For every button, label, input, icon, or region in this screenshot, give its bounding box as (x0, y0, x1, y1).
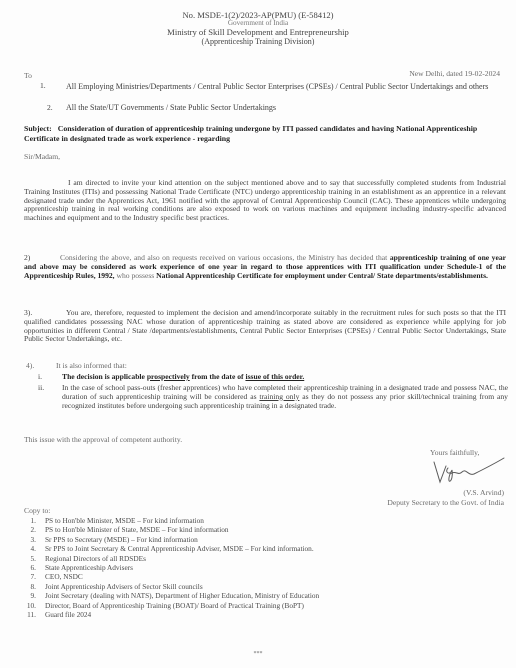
item-underlined: prospectively (147, 372, 190, 381)
copy-item: 3.Sr PPS to Secretary (MSDE) – For kind … (18, 535, 498, 544)
signatory-name: (V.S. Arvind) (463, 489, 504, 498)
paragraph-4-item-2: ii. In the case of school pass-outs (fre… (38, 384, 508, 410)
paragraph-2: 2)Considering the above, and also on req… (24, 254, 506, 280)
paragraph-3: 3).You are, therefore, requested to impl… (24, 309, 506, 344)
government-line: Government of India (0, 20, 516, 27)
signatory-designation: Deputy Secretary to the Govt. of India (387, 499, 504, 508)
document-page: No. MSDE-1(2)/2023-AP(PMU) (E-58412) Gov… (0, 0, 516, 668)
item-underlined: training only (259, 392, 299, 401)
paragraph-2-text-2: who possess (116, 271, 154, 280)
copy-item: 6.State Apprenticeship Advisers (18, 563, 498, 572)
paragraph-2-text: Considering the above, and also on reque… (60, 253, 387, 262)
paragraph-4-item-1: i. The decision is applicable prospectiv… (38, 373, 508, 382)
item-text: from the date of (190, 372, 246, 381)
addressee-text: All the State/UT Governments / State Pub… (66, 104, 505, 113)
copy-item: 10.Director, Board of Apprenticeship Tra… (18, 601, 498, 610)
paragraph-4-number: 4). (26, 362, 34, 371)
copy-item: 4.Sr PPS to Joint Secretary & Central Ap… (18, 544, 498, 553)
salutation: Sir/Madam, (24, 153, 60, 162)
paragraph-3-text: You are, therefore, requested to impleme… (24, 308, 506, 343)
addressee-text: All Employing Ministries/Departments / C… (66, 82, 505, 91)
copy-item: 5.Regional Directors of all RDSDEs (18, 554, 498, 563)
item-number: i. (38, 373, 42, 382)
ministry-name: Ministry of Skill Development and Entrep… (0, 27, 516, 37)
addressee-2: 2. All the State/UT Governments / State … (40, 104, 505, 113)
item-text: The decision is applicable (62, 372, 147, 381)
place-date: New Delhi, dated 19-02-2024 (409, 70, 500, 79)
addressee-1: 1. All Employing Ministries/Departments … (40, 82, 505, 91)
signature-scribble (428, 454, 508, 488)
paragraph-4-intro: It is also informed that: (56, 362, 127, 371)
copy-to-label: Copy to: (24, 507, 50, 516)
approval-line: This issue with the approval of competen… (24, 436, 182, 445)
signature-icon (428, 454, 508, 488)
paragraph-2-bold-2: National Apprenticeship Certificate for … (156, 271, 488, 280)
addressee-number: 2. (47, 104, 65, 113)
end-mark: *** (0, 650, 516, 659)
item-number: ii. (38, 384, 44, 393)
copy-item: 9.Joint Secretary (dealing with NATS), D… (18, 591, 498, 600)
copy-item: 7.CEO, NSDC (18, 572, 498, 581)
item-underlined: issue of this order. (245, 372, 304, 381)
copy-item: 1.PS to Hon'ble Minister, MSDE – For kin… (18, 516, 498, 525)
copy-item: 2.PS to Hon'ble Minister of State, MSDE … (18, 525, 498, 534)
addressee-number: 1. (40, 82, 58, 91)
subject-label: Subject: (24, 124, 52, 133)
subject-text: Consideration of duration of apprentices… (24, 124, 477, 143)
paragraph-1: I am directed to invite your kind attent… (24, 179, 506, 223)
subject: Subject: Consideration of duration of ap… (24, 124, 504, 143)
copy-to-list: 1.PS to Hon'ble Minister, MSDE – For kin… (18, 516, 498, 619)
copy-item: 11.Guard file 2024 (18, 610, 498, 619)
copy-item: 8.Joint Apprenticeship Advisers of Secto… (18, 582, 498, 591)
to-label: To (24, 72, 32, 81)
division-name: (Apprenticeship Training Division) (0, 37, 516, 47)
